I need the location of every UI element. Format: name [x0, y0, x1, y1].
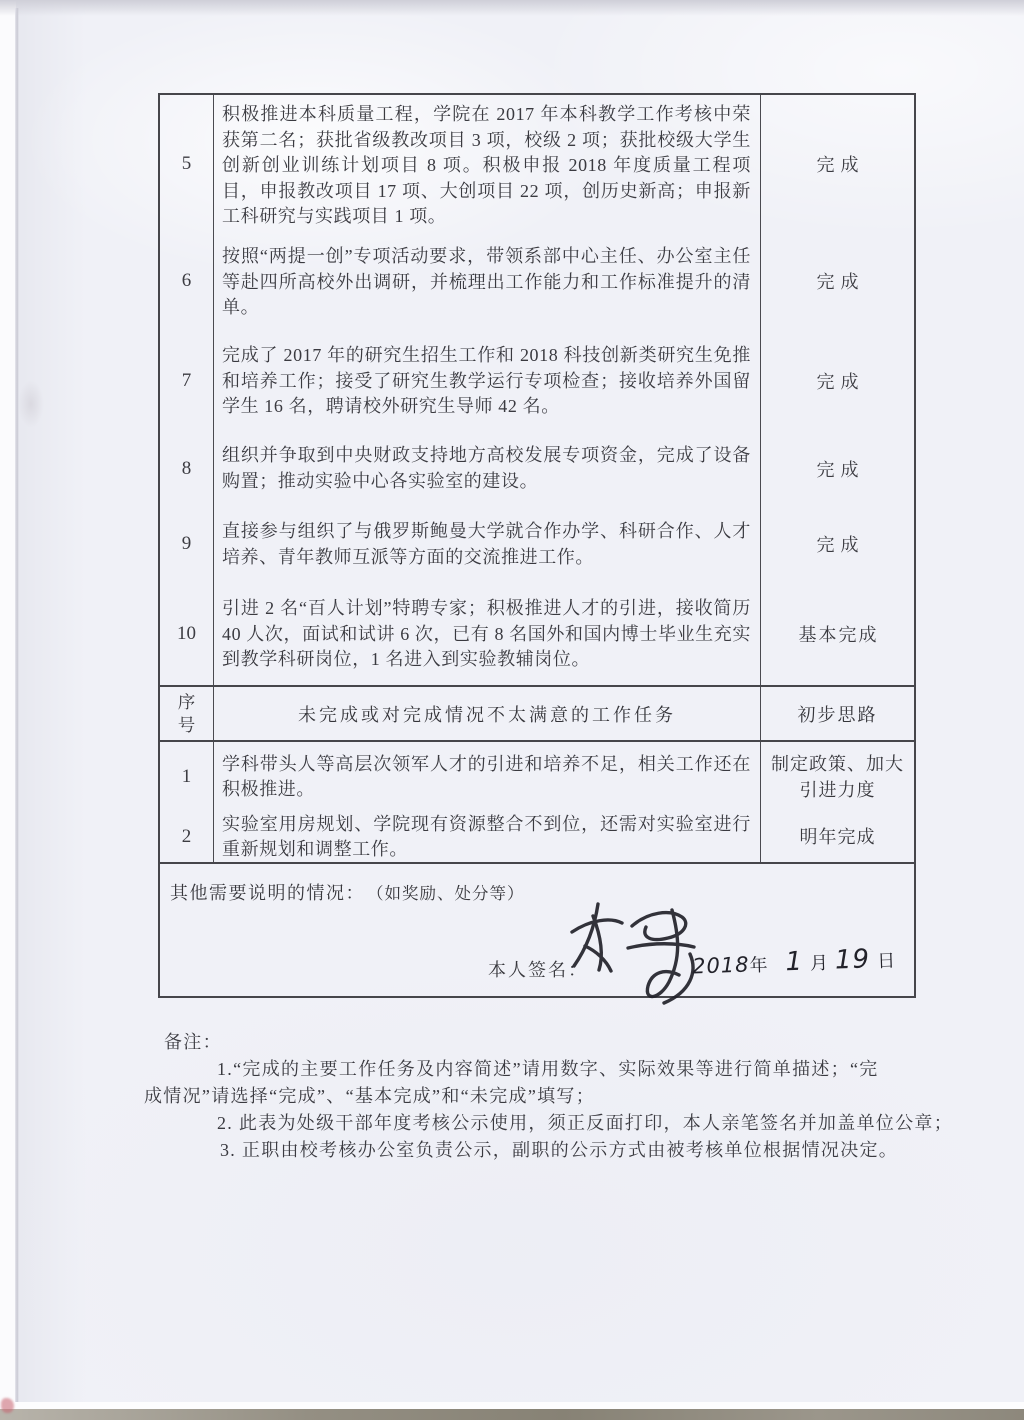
task-cell: 完成了 2017 年的研究生招生工作和 2018 科技创新类研究生免推和培养工作…: [214, 330, 761, 432]
row-number: 9: [182, 533, 192, 555]
row-number-cell: 2: [160, 812, 214, 862]
unfinished-tasks-section: 1 学科带头人等高层次领军人才的引进和培养不足，相关工作还在积极推进。 制定政策…: [160, 742, 914, 864]
row-number: 1: [182, 766, 192, 788]
task-cell: 学科带头人等高层次领军人才的引进和培养不足，相关工作还在积极推进。: [214, 742, 761, 812]
row-number-cell: 8: [160, 432, 214, 505]
status-cell: 完成: [761, 95, 914, 232]
paper-bottom-highlight: [10, 1402, 1024, 1409]
table-row: 2 实验室用房规划、学院现有资源整合不到位，还需对实验室进行重新规划和调整工作。…: [160, 812, 914, 862]
date-day-unit: 日: [877, 950, 896, 971]
idea-line: 引进力度: [768, 777, 908, 803]
idea-line: 制定政策、加大: [768, 751, 908, 777]
table-row: 10 引进 2 名“百人计划”特聘专家；积极推进人才的引进，接收简历 40 人次…: [160, 583, 914, 685]
seq-header-cell: 序 号: [160, 687, 214, 740]
task-cell: 实验室用房规划、学院现有资源整合不到位，还需对实验室进行重新规划和调整工作。: [214, 812, 761, 862]
row-number-cell: 1: [160, 742, 214, 812]
idea-text: 制定政策、加大 引进力度: [768, 751, 908, 803]
task-text: 实验室用房规划、学院现有资源整合不到位，还需对实验室进行重新规划和调整工作。: [214, 812, 760, 863]
seq-header-line2: 号: [178, 714, 196, 737]
status-cell: 完成: [761, 432, 914, 505]
status-cell: 完成: [761, 505, 914, 583]
row-number-cell: 10: [160, 583, 214, 685]
other-remarks-line: 其他需要说明的情况： （如奖励、处分等）: [170, 879, 525, 905]
unfinished-header-row: 序 号 未完成或对完成情况不太满意的工作任务 初步思路: [160, 685, 914, 742]
date-month-unit: 月: [810, 953, 829, 974]
completed-tasks-section: 5 积极推进本科质量工程，学院在 2017 年本科教学工作考核中荣获第二名；获批…: [160, 95, 914, 685]
other-remarks-hint: （如奖励、处分等）: [367, 880, 525, 904]
other-remarks-label: 其他需要说明的情况：: [170, 879, 365, 905]
table-row: 9 直接参与组织了与俄罗斯鲍曼大学就合作办学、科研合作、人才培养、青年教师互派等…: [160, 505, 914, 583]
status-text: 完成: [811, 456, 865, 482]
task-cell: 组织并争取到中央财政支持地方高校发展专项资金，完成了设备购置；推动实验中心各实验…: [214, 432, 761, 505]
row-number: 8: [182, 458, 192, 480]
row-number-cell: 6: [160, 232, 214, 330]
task-cell: 引进 2 名“百人计划”特聘专家；积极推进人才的引进，接收简历 40 人次，面试…: [214, 583, 761, 685]
status-text: 完成: [811, 268, 865, 294]
date-year: 2018: [692, 953, 750, 979]
seq-header-line1: 序: [178, 691, 196, 714]
status-text: 完成: [811, 368, 865, 394]
task-cell: 直接参与组织了与俄罗斯鲍曼大学就合作办学、科研合作、人才培养、青年教师互派等方面…: [214, 505, 761, 583]
row-number: 5: [182, 153, 192, 175]
scanner-top-edge: [0, 0, 1024, 16]
bottom-left-red-mark: [1, 1398, 14, 1413]
date-month: 1: [785, 947, 804, 978]
row-number: 7: [182, 370, 192, 392]
row-number: 6: [182, 270, 192, 292]
note-item: 成情况”请选择“完成”、“基本完成”和“未完成”填写；: [144, 1082, 595, 1108]
notes-title: 备注：: [164, 1028, 222, 1054]
idea-text: 明年完成: [768, 824, 908, 850]
scanned-page: 5 积极推进本科质量工程，学院在 2017 年本科教学工作考核中荣获第二名；获批…: [0, 0, 1024, 1420]
task-header-text: 未完成或对完成情况不太满意的工作任务: [298, 701, 676, 727]
idea-cell: 明年完成: [761, 812, 914, 862]
table-row: 6 按照“两提一创”专项活动要求，带领系部中心主任、办公室主任等赴四所高校外出调…: [160, 232, 914, 330]
other-remarks-section: 其他需要说明的情况： （如奖励、处分等） 本人签名： 2018年1月19日: [160, 864, 914, 996]
task-text: 直接参与组织了与俄罗斯鲍曼大学就合作办学、科研合作、人才培养、青年教师互派等方面…: [214, 505, 760, 570]
idea-header-text: 初步思路: [798, 701, 878, 727]
date-day: 19: [834, 944, 870, 975]
status-text: 完成: [811, 151, 865, 177]
row-number: 10: [177, 623, 196, 645]
status-cell: 基本完成: [761, 583, 914, 685]
task-text: 学科带头人等高层次领军人才的引进和培养不足，相关工作还在积极推进。: [214, 752, 760, 803]
row-number-cell: 5: [160, 95, 214, 232]
scanner-bottom-edge: [0, 1409, 1024, 1420]
table-row: 8 组织并争取到中央财政支持地方高校发展专项资金，完成了设备购置；推动实验中心各…: [160, 432, 914, 505]
note-item: 2. 此表为处级干部年度考核公示使用，须正反面打印，本人亲笔签名并加盖单位公章；: [217, 1109, 953, 1135]
row-number: 2: [182, 826, 192, 848]
status-cell: 完成: [761, 232, 914, 330]
row-number-cell: 7: [160, 330, 214, 432]
date-year-unit: 年: [749, 955, 768, 976]
status-cell: 完成: [761, 330, 914, 432]
task-cell: 按照“两提一创”专项活动要求，带领系部中心主任、办公室主任等赴四所高校外出调研，…: [214, 232, 761, 330]
task-cell: 积极推进本科质量工程，学院在 2017 年本科教学工作考核中荣获第二名；获批省级…: [214, 95, 761, 232]
task-header-cell: 未完成或对完成情况不太满意的工作任务: [214, 687, 761, 740]
table-row: 1 学科带头人等高层次领军人才的引进和培养不足，相关工作还在积极推进。 制定政策…: [160, 742, 914, 812]
idea-line: 明年完成: [768, 824, 908, 850]
note-item: 1.“完成的主要工作任务及内容简述”请用数字、实际效果等进行简单描述；“完: [217, 1055, 879, 1081]
idea-header-cell: 初步思路: [761, 687, 914, 740]
assessment-table: 5 积极推进本科质量工程，学院在 2017 年本科教学工作考核中荣获第二名；获批…: [158, 93, 916, 998]
table-row: 5 积极推进本科质量工程，学院在 2017 年本科教学工作考核中荣获第二名；获批…: [160, 95, 914, 232]
status-text: 完成: [811, 531, 865, 557]
task-text: 组织并争取到中央财政支持地方高校发展专项资金，完成了设备购置；推动实验中心各实验…: [214, 432, 760, 494]
task-text: 引进 2 名“百人计划”特聘专家；积极推进人才的引进，接收简历 40 人次，面试…: [214, 583, 760, 673]
task-text: 完成了 2017 年的研究生招生工作和 2018 科技创新类研究生免推和培养工作…: [214, 330, 760, 420]
idea-cell: 制定政策、加大 引进力度: [761, 742, 914, 812]
row-number-cell: 9: [160, 505, 214, 583]
note-item: 3. 正职由校考核办公室负责公示，副职的公示方式由被考核单位根据情况决定。: [220, 1136, 898, 1162]
scan-smudge: [18, 380, 44, 428]
table-row: 7 完成了 2017 年的研究生招生工作和 2018 科技创新类研究生免推和培养…: [160, 330, 914, 432]
task-text: 积极推进本科质量工程，学院在 2017 年本科教学工作考核中荣获第二名；获批省级…: [214, 95, 760, 230]
task-text: 按照“两提一创”专项活动要求，带领系部中心主任、办公室主任等赴四所高校外出调研，…: [214, 232, 760, 321]
paper-left-edge-shadow: [15, 8, 19, 1412]
status-text: 基本完成: [797, 621, 879, 647]
handwritten-date: 2018年1月19日: [692, 943, 896, 980]
